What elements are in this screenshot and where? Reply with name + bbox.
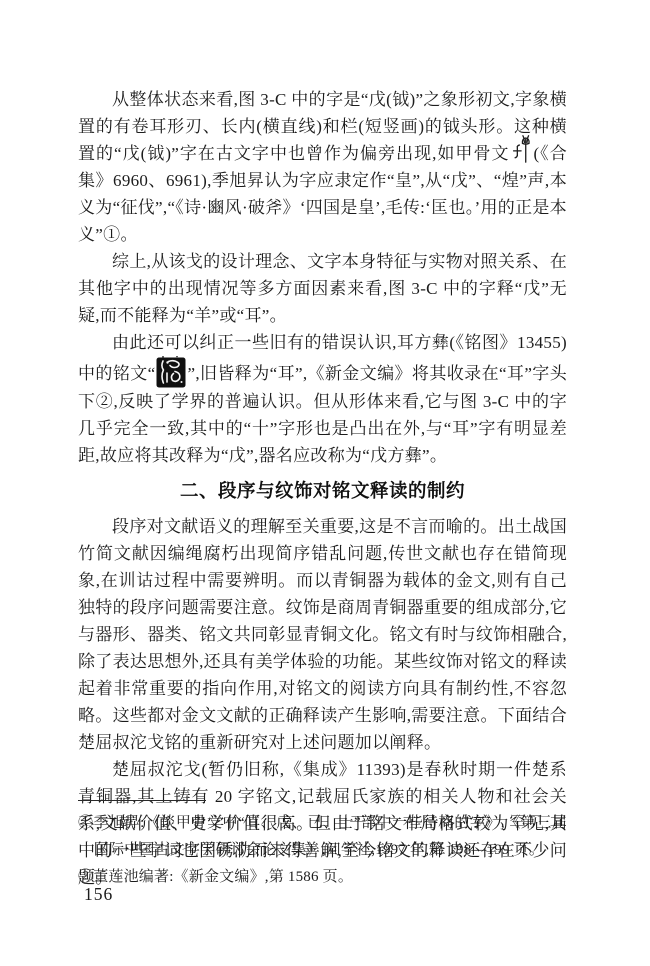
footnote-2: ②董莲池编著:《新金文编》,第 1586 页。	[78, 864, 567, 891]
paragraph-correction: 由此还可以纠正一些旧有的错误认识,耳方彝(《铭图》13455)中的铭文“”,旧皆…	[78, 329, 567, 469]
paragraph-axe-shape-analysis: 从整体状态来看,图 3-C 中的字是“戊(钺)”之象形初文,字象横置的有卷耳形刃…	[78, 86, 567, 248]
footnote-1: ①季旭昇:《谈甲骨文中“耳、戊、已、士”部中一些待商的字》,《第三届国际中国古文…	[78, 810, 567, 864]
page-number: 156	[84, 884, 113, 905]
footnote-block: ①季旭昇:《谈甲骨文中“耳、戊、已、士”部中一些待商的字》,《第三届国际中国古文…	[78, 800, 567, 891]
main-text-block: 从整体状态来看,图 3-C 中的字是“戊(钺)”之象形初文,字象横置的有卷耳形刃…	[78, 86, 567, 891]
section-heading: 二、段序与纹饰对铭文释读的制约	[78, 477, 567, 505]
p1-text-before-glyph: 从整体状态来看,图 3-C 中的字是“戊(钺)”之象形初文,字象横置的有卷耳形刃…	[78, 90, 567, 163]
oracle-bone-script-glyph-icon	[511, 135, 533, 163]
paragraph-summary: 综上,从该戈的设计理念、文字本身特征与实物对照关系、在其他字中的出现情况等多方面…	[78, 248, 567, 329]
paragraph-sequence-and-ornament: 段序对文献语义的理解至关重要,这是不言而喻的。出土战国竹简文献因编绳腐朽出现简序…	[78, 513, 567, 756]
footnote-divider	[78, 800, 206, 801]
book-page: 从整体状态来看,图 3-C 中的字是“戊(钺)”之象形初文,字象横置的有卷耳形刃…	[0, 0, 650, 966]
bronze-inscription-rubbing-icon	[156, 356, 186, 388]
